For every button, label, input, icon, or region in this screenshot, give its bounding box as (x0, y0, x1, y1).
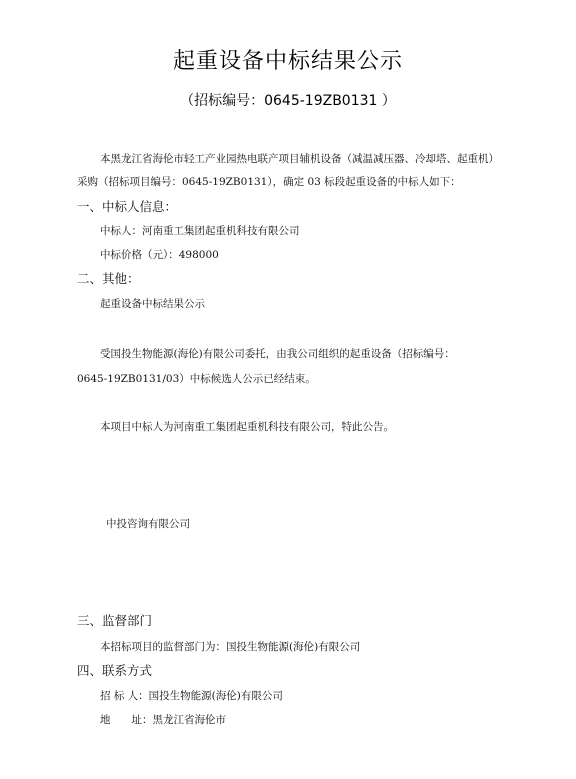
tenderer-contact: 招 标 人：国投生物能源(海伦)有限公司 (100, 689, 283, 703)
winner-name: 中标人：河南重工集团起重机科技有限公司 (100, 224, 300, 238)
tender-number: （招标编号：0645-19ZB0131 ） (0, 90, 576, 110)
page-title: 起重设备中标结果公示 (0, 44, 576, 75)
section-1-heading: 一、中标人信息： (77, 199, 177, 215)
section-3-heading: 三、监督部门 (77, 613, 152, 629)
paragraph-1-line-2: 0645-19ZB0131/03）中标候选人公示已经结束。 (77, 372, 316, 386)
paragraph-2: 本项目中标人为河南重工集团起重机科技有限公司，特此公告。 (100, 420, 394, 434)
paragraph-1-line-1: 受国投生物能源(海伦)有限公司委托，由我公司组织的起重设备（招标编号： (100, 347, 455, 361)
supervisor-text: 本招标项目的监督部门为：国投生物能源(海伦)有限公司 (100, 640, 360, 654)
address-contact: 地 址：黑龙江省海伦市 (100, 713, 226, 727)
section-2-heading: 二、其他： (77, 271, 140, 287)
section-4-heading: 四、联系方式 (77, 663, 152, 679)
intro-line-2: 采购（招标项目编号：0645-19ZB0131），确定 03 标段起重设备的中标… (77, 175, 461, 189)
section-2-subtitle: 起重设备中标结果公示 (100, 297, 205, 311)
intro-line-1: 本黑龙江省海伦市轻工产业园热电联产项目辅机设备（减温减压器、冷却塔、起重机） (100, 152, 499, 166)
signature-company: 中投咨询有限公司 (106, 517, 190, 531)
winning-price: 中标价格（元）：498000 (100, 248, 219, 262)
